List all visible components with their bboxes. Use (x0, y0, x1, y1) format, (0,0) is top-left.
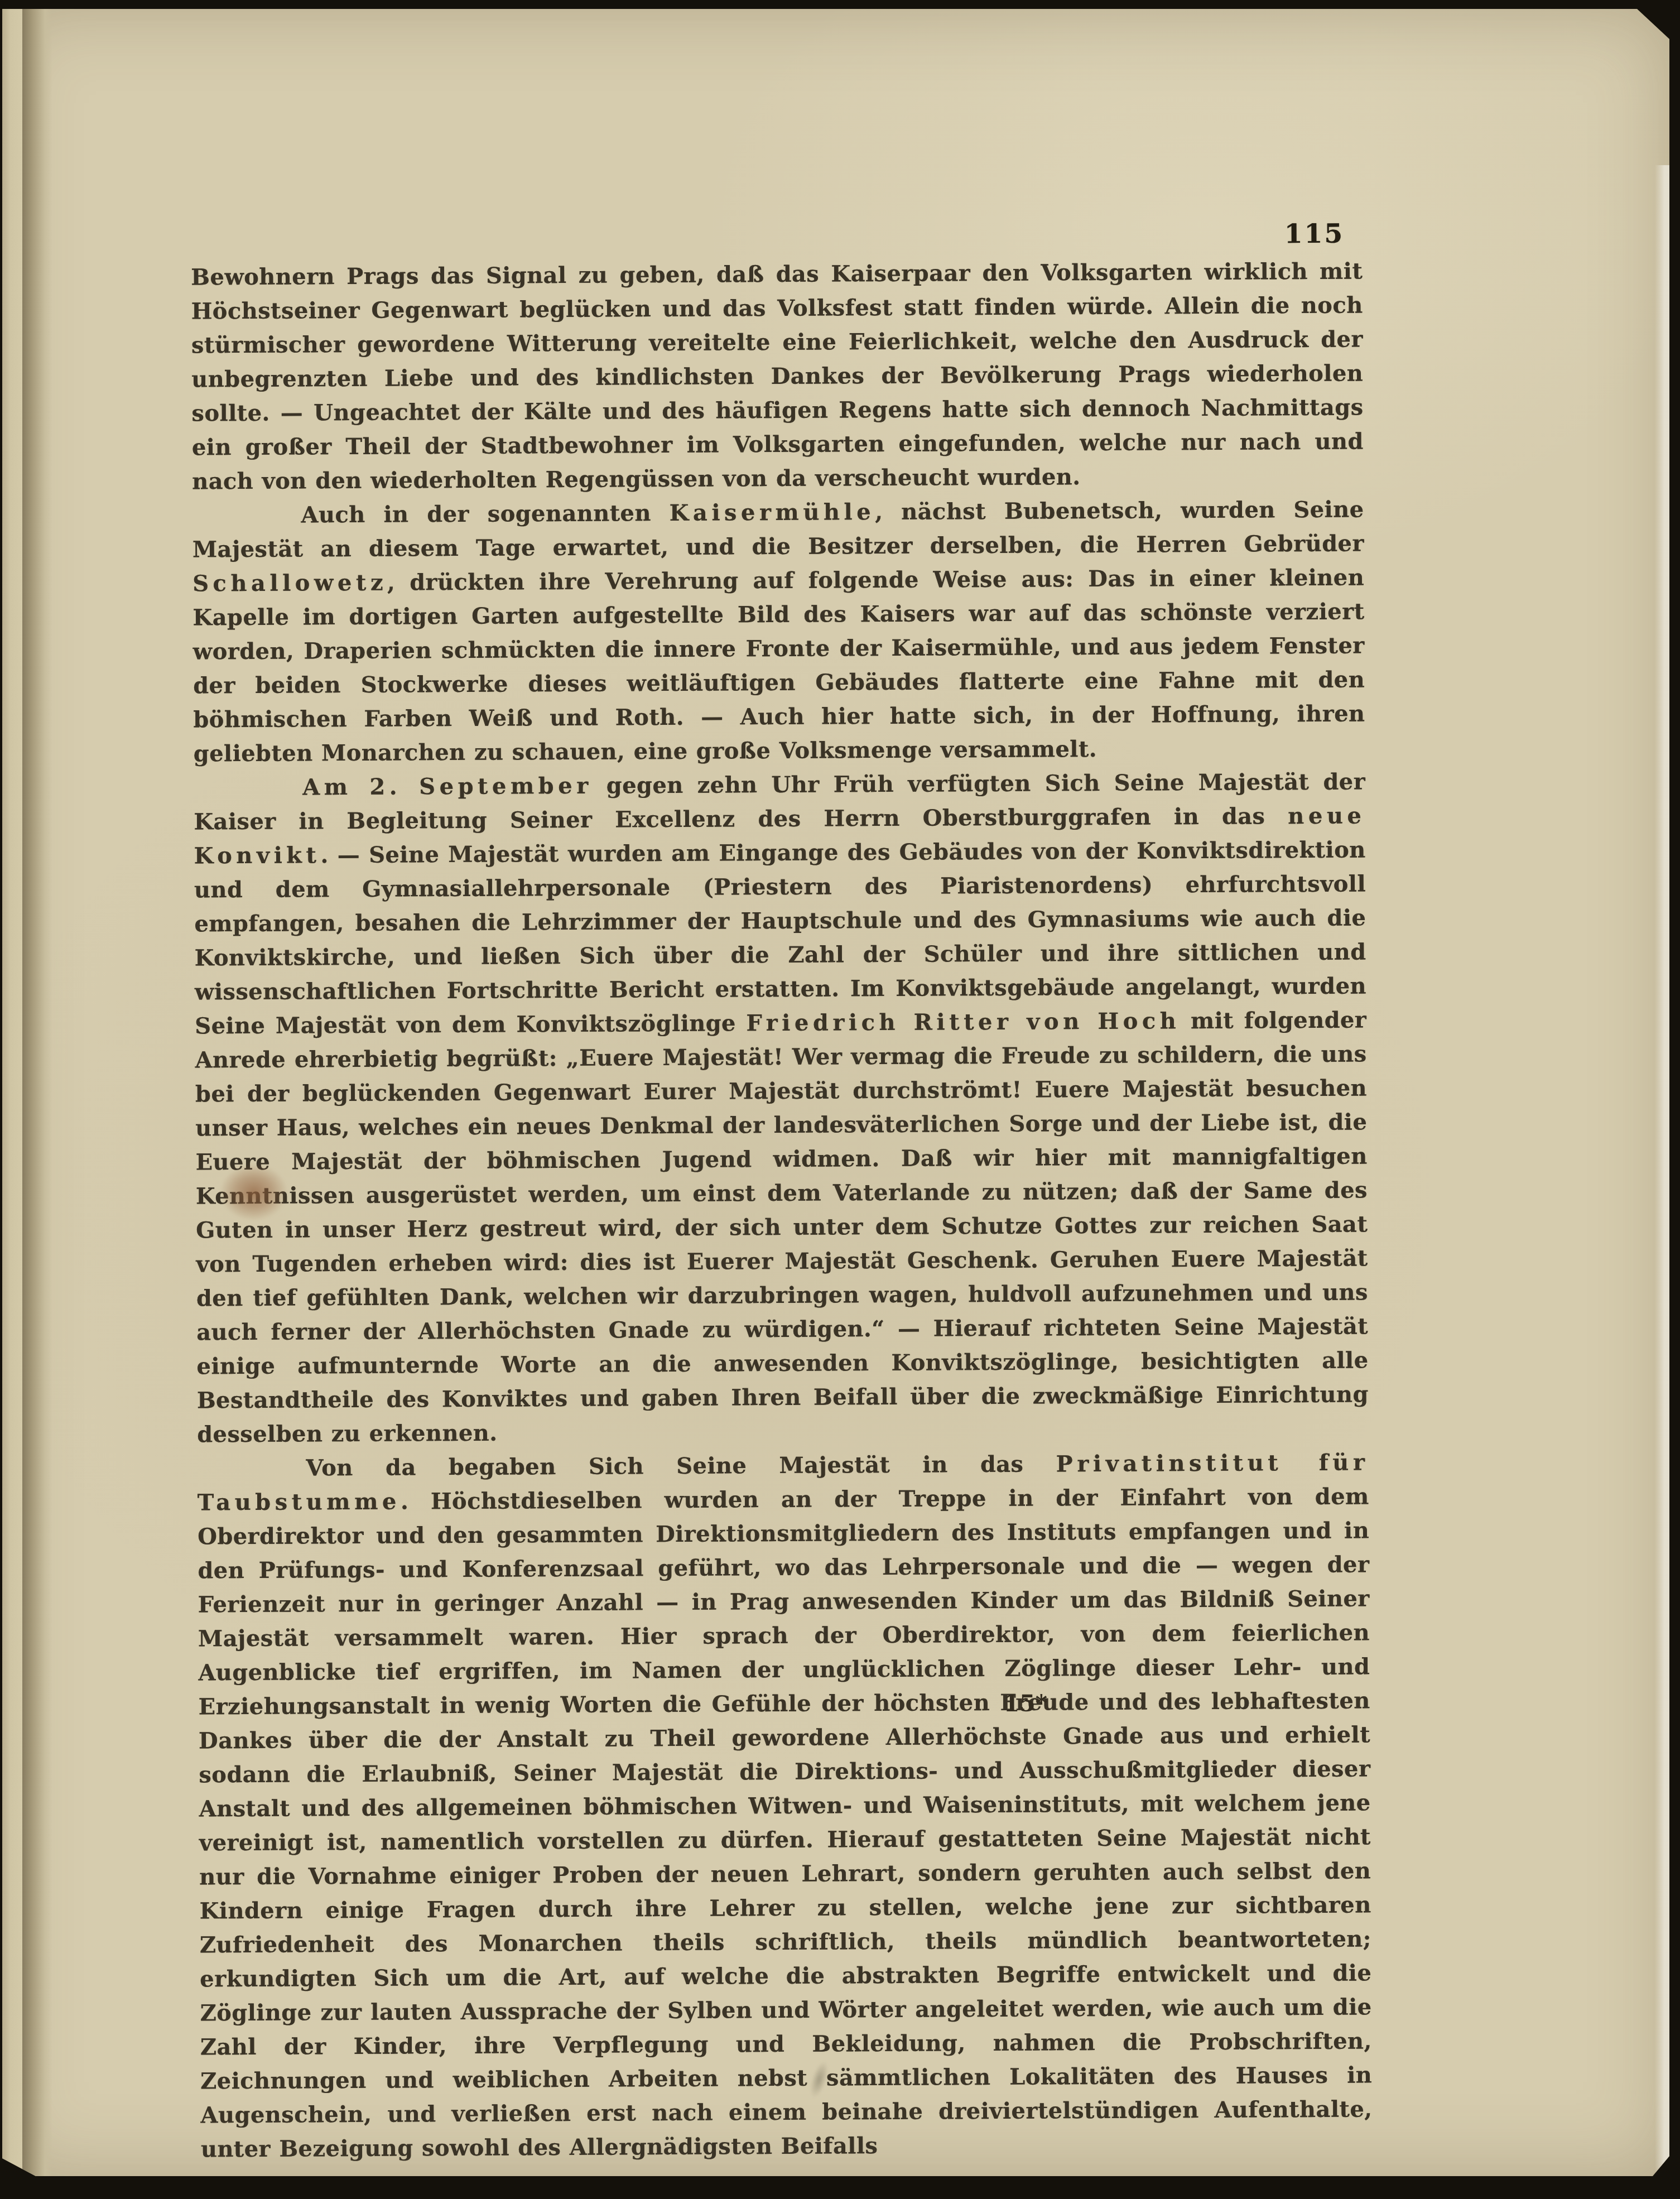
paragraph: Von da begaben Sich Seine Majestät in da… (197, 1445, 1373, 2166)
text-run: Von da begaben Sich Seine Majestät in da… (306, 1451, 1056, 1481)
text-block: Bewohnern Prags das Signal zu geben, daß… (191, 254, 1373, 2166)
text-run: Auch in der sogenannten (301, 500, 669, 528)
paragraph: Am 2. September gegen zehn Uhr Früh verf… (194, 764, 1369, 1451)
emphasized-spaced-text: Kaisermühle (669, 499, 875, 526)
emphasized-spaced-text: Friedrich Ritter von Hoch (746, 1008, 1180, 1036)
page-number: 115 (1284, 219, 1344, 250)
paragraph: Bewohnern Prags das Signal zu geben, daß… (191, 254, 1364, 498)
scan-background: { "page": { "number": "115", "signature_… (0, 0, 1680, 2199)
emphasized-spaced-text: Schallowetz (192, 570, 387, 597)
ink-stain (220, 1164, 288, 1221)
text-run: Bewohnern Prags das Signal zu geben, daß… (191, 258, 1364, 494)
signature-mark: 15* (1004, 1690, 1048, 1716)
text-run: mit folgender Anrede ehrerbietig begrüßt… (195, 1007, 1368, 1447)
emphasized-spaced-text: Am 2. September (302, 773, 593, 801)
page-content: 115 Bewohnern Prags das Signal zu geben,… (0, 0, 1680, 2199)
text-run: . Höchstdieselben wurden an der Treppe i… (198, 1483, 1373, 2162)
paragraph: Auch in der sogenannten Kaisermühle, näc… (192, 492, 1365, 771)
